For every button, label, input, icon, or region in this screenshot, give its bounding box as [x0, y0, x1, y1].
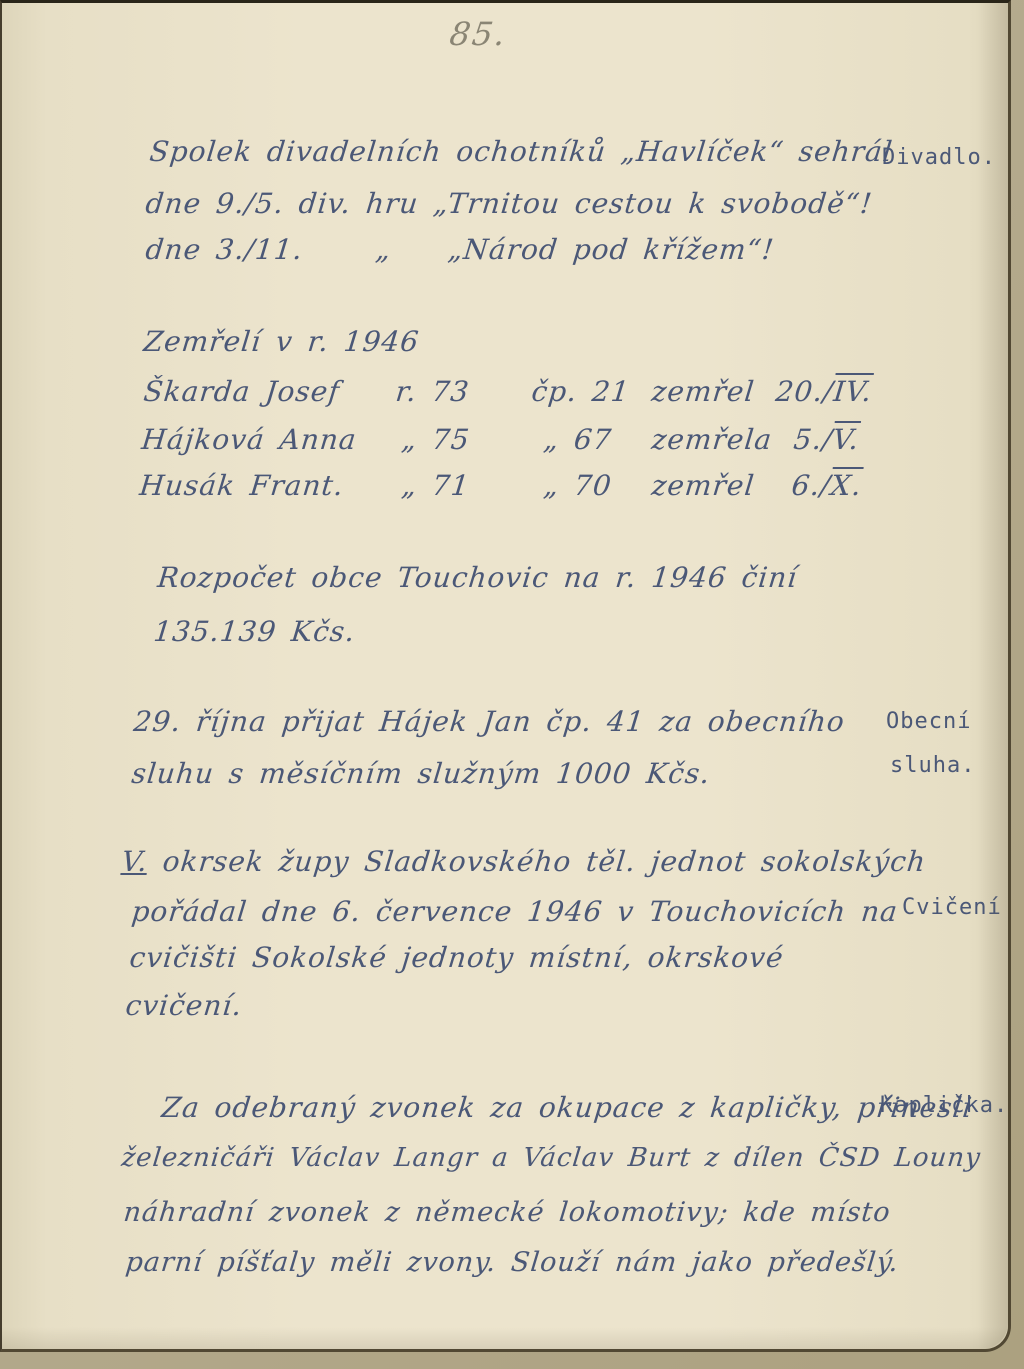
sokol-line-1-rest: okrsek župy Sladkovského těl. jednot sok… — [146, 845, 928, 878]
bell-line-3: náhradní zvonek z německé lokomotivy; kd… — [122, 1197, 892, 1228]
theatre-line-2: dne 9./5. div. hru „Trnitou cestou k svo… — [144, 187, 874, 220]
death-date-roman: IV. — [832, 375, 874, 408]
death-name: Husák Frant. — [138, 469, 346, 502]
death-verb: zemřel — [650, 469, 756, 502]
sokol-line-3: cvičišti Sokolské jednoty místní, okrsko… — [128, 941, 785, 974]
servant-line-2: sluhu s měsíčním služným 1000 Kčs. — [130, 757, 712, 790]
deaths-heading: Zemřelí v r. 1946 — [142, 325, 421, 358]
theatre-line-3: dne 3./11. „ „Národ pod křížem“! — [144, 233, 776, 266]
bell-line-4: parní píšťaly měli zvony. Slouží nám jak… — [124, 1247, 900, 1278]
bell-line-2: železničáři Václav Langr a Václav Burt z… — [120, 1143, 982, 1173]
death-house-number: „ 70 — [542, 469, 614, 502]
death-birth-year: „ 75 — [400, 423, 472, 456]
death-house-number: „ 67 — [542, 423, 614, 456]
death-date: 6./X. — [790, 469, 863, 502]
chronicle-scan: 85. Spolek divadelních ochotníků „Havlíč… — [0, 0, 1024, 1369]
margin-note-sluha: sluha. — [890, 753, 975, 778]
page-number: 85. — [447, 15, 509, 53]
death-house-number: čp. 21 — [530, 375, 632, 408]
margin-note-obecni: Obecní — [886, 709, 971, 734]
theatre-line-3-date: dne 3./11. — [144, 233, 305, 266]
death-verb: zemřel — [650, 375, 756, 408]
death-date-roman: V. — [831, 423, 861, 456]
death-birth-year: „ 71 — [400, 469, 472, 502]
death-verb: zemřela — [650, 423, 774, 456]
bell-line-1: Za odebraný zvonek za okupace z kapličky… — [160, 1091, 974, 1124]
death-date: 20./IV. — [774, 375, 874, 408]
death-date-roman: X. — [829, 469, 863, 502]
sokol-line-2: pořádal dne 6. července 1946 v Touchovic… — [130, 895, 900, 928]
death-name: Škarda Josef — [142, 375, 342, 408]
servant-line-1: 29. října přijat Hájek Jan čp. 41 za obe… — [132, 705, 847, 738]
sokol-district-numeral: V. — [120, 845, 150, 878]
margin-note-cviceni: Cvičení — [902, 895, 1002, 920]
theatre-line-1: Spolek divadelních ochotníků „Havlíček“ … — [148, 135, 895, 168]
death-name: Hájková Anna — [140, 423, 358, 456]
death-date: 5./V. — [792, 423, 861, 456]
theatre-line-3-ditto: „ — [316, 233, 435, 266]
budget-line-2: 135.139 Kčs. — [152, 615, 357, 648]
sokol-line-1: V. okrsek župy Sladkovského těl. jednot … — [120, 845, 928, 878]
margin-note-divadlo: Divadlo. — [882, 145, 996, 170]
margin-note-kaplicka: Kaplička. — [880, 1093, 1008, 1118]
sokol-line-4: cvičení. — [124, 989, 244, 1022]
budget-line-1: Rozpočet obce Touchovic na r. 1946 činí — [156, 561, 799, 594]
theatre-line-3-title: „Národ pod křížem“! — [446, 233, 776, 266]
chronicle-page: 85. Spolek divadelních ochotníků „Havlíč… — [0, 0, 1011, 1352]
death-birth-year: r. 73 — [394, 375, 471, 408]
